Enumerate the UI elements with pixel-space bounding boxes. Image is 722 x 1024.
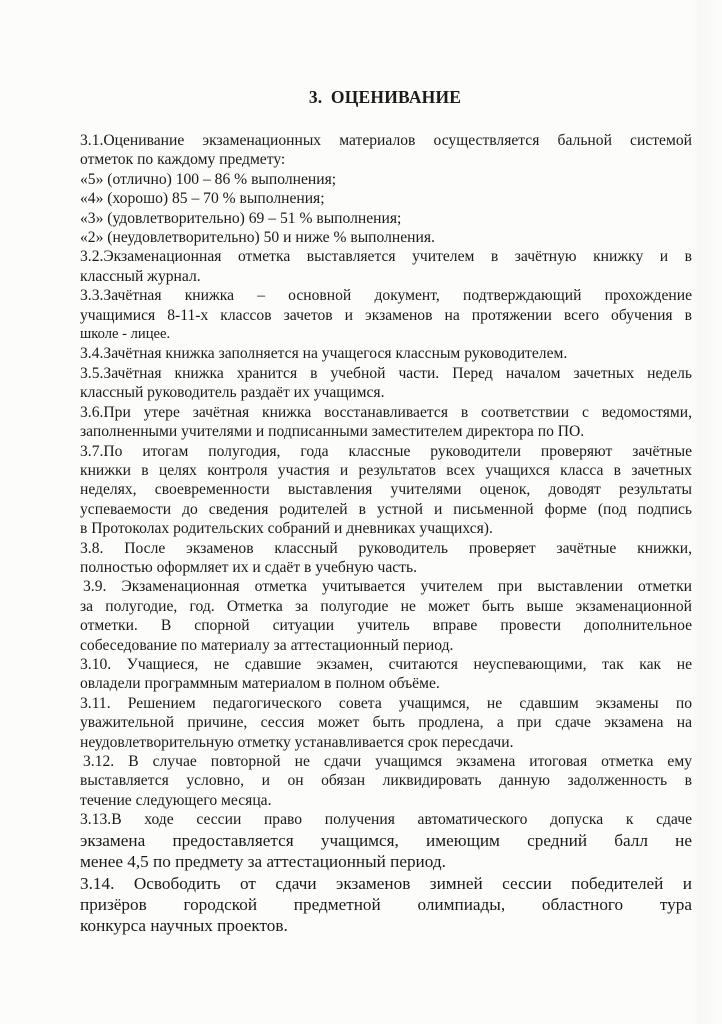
text-line: полностью оформляет их и сдаёт в учебную… (80, 558, 692, 577)
text-line: заполненными учителями и подписанными за… (80, 422, 692, 441)
text-line: собеседование по материалу за аттестацио… (80, 636, 692, 655)
paragraph-3-3: 3.3.Зачётная книжка – основной документ,… (80, 286, 692, 344)
paragraph-3-4: 3.4.Зачётная книжка заполняется на учаще… (80, 344, 692, 363)
text-line: 3.4.Зачётная книжка заполняется на учаще… (80, 344, 692, 363)
text-line: успеваемости до сведения родителей в уст… (80, 500, 692, 519)
scanned-page: 3. ОЦЕНИВАНИЕ 3.1.Оценивание экзаменацио… (0, 0, 722, 1024)
text-line: 3.6.При утере зачётная книжка восстанавл… (80, 403, 692, 422)
text-line: выставляется условно, и он обязан ликвид… (80, 771, 692, 790)
text-line: 3.7.По итогам полугодия, года классные р… (80, 442, 692, 461)
text-line: книжки в целях контроля участия и резуль… (80, 461, 692, 480)
grade-4-line: «4» (хорошо) 85 – 70 % выполнения; (80, 189, 692, 208)
paragraph-3-5: 3.5.Зачётная книжка хранится в учебной ч… (80, 364, 692, 403)
text-line: 3.1.Оценивание экзаменационных материало… (80, 131, 692, 150)
paragraph-3-7: 3.7.По итогам полугодия, года классные р… (80, 442, 692, 539)
paragraph-3-11: 3.11. Решением педагогического совета уч… (80, 694, 692, 752)
text-line: 3.8. После экзаменов классный руководите… (80, 539, 692, 558)
text-line: неделях, своевременности выставления учи… (80, 480, 692, 499)
section-title: 3. ОЦЕНИВАНИЕ (0, 87, 722, 108)
paragraph-3-10: 3.10. Учащиеся, не сдавшие экзамен, счит… (80, 655, 692, 694)
text-line: 3.3.Зачётная книжка – основной документ,… (80, 286, 692, 305)
text-line: 3.11. Решением педагогического совета уч… (80, 694, 692, 713)
paragraph-3-1: 3.1.Оценивание экзаменационных материало… (80, 131, 692, 247)
text-line: неудовлетворительную отметку устанавлива… (80, 733, 692, 752)
text-line: течение следующего месяца. (80, 791, 692, 810)
paragraph-3-8: 3.8. После экзаменов классный руководите… (80, 539, 692, 578)
text-line: уважительной причине, сессия может быть … (80, 713, 692, 732)
text-line: 3.2.Экзаменационная отметка выставляется… (80, 247, 692, 266)
paragraph-3-9: 3.9. Экзаменационная отметка учитывается… (80, 577, 692, 655)
grade-3-line: «3» (удовлетворительно) 69 – 51 % выполн… (80, 209, 692, 228)
text-line: за полугодие, год. Отметка за полугодие … (80, 597, 692, 616)
paragraph-3-6: 3.6.При утере зачётная книжка восстанавл… (80, 403, 692, 442)
text-line: конкурса научных проектов. (80, 915, 692, 936)
text-line: классный журнал. (80, 267, 692, 286)
paragraph-3-12: 3.12. В случае повторной не сдачи учащим… (80, 752, 692, 810)
text-line: экзамена предоставляется учащимся, имеющ… (80, 830, 692, 851)
text-line: классный руководитель раздаёт их учащимс… (80, 383, 692, 402)
document-body: 3.1.Оценивание экзаменационных материало… (80, 131, 692, 936)
text-line: призёров городской предметной олимпиады,… (80, 894, 692, 915)
grade-5-line: «5» (отлично) 100 – 86 % выполнения; (80, 170, 692, 189)
text-line: отметки. В спорной ситуации учитель впра… (80, 616, 692, 635)
text-line: в Протоколах родительских собраний и дне… (80, 519, 692, 538)
paragraph-3-13: 3.13.В ходе сессии право получения автом… (80, 810, 692, 871)
text-line: 3.5.Зачётная книжка хранится в учебной ч… (80, 364, 692, 383)
text-line: 3.10. Учащиеся, не сдавшие экзамен, счит… (80, 655, 692, 674)
paragraph-3-2: 3.2.Экзаменационная отметка выставляется… (80, 247, 692, 286)
paragraph-3-14: 3.14. Освободить от сдачи экзаменов зимн… (80, 873, 692, 936)
text-line: школе - лицее. (80, 325, 692, 344)
text-line: 3.12. В случае повторной не сдачи учащим… (80, 752, 692, 771)
text-line: 3.14. Освободить от сдачи экзаменов зимн… (80, 873, 692, 894)
text-line: 3.9. Экзаменационная отметка учитывается… (80, 577, 692, 596)
grade-2-line: «2» (неудовлетворительно) 50 и ниже % вы… (80, 228, 692, 247)
text-line: отметок по каждому предмету: (80, 150, 692, 169)
text-line: учащимися 8-11-х классов зачетов и экзам… (80, 306, 692, 325)
text-line: 3.13.В ходе сессии право получения автом… (80, 810, 692, 829)
text-line: овладели программным материалом в полном… (80, 674, 692, 693)
text-line: менее 4,5 по предмету за аттестационный … (80, 851, 692, 872)
